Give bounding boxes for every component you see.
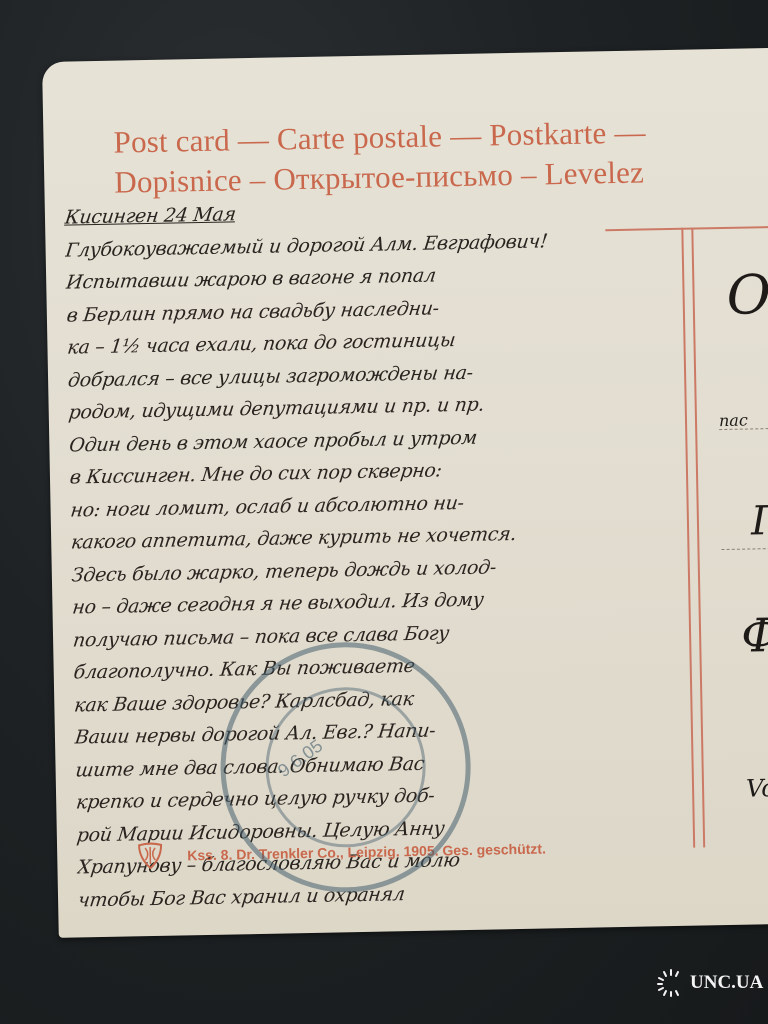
address-fragment: Ф: [741, 608, 768, 663]
address-line: [721, 548, 768, 551]
address-fragment: Vo: [746, 774, 768, 803]
watermark-text: UNC.UA: [690, 972, 763, 994]
watermark: UNC.UA: [656, 968, 763, 998]
address-fragment: пас: [719, 411, 748, 431]
address-line: [719, 428, 768, 431]
address-fragment: О: [726, 263, 768, 327]
sunburst-icon: [656, 968, 686, 998]
printed-header-line-1: Post card — Carte postale — Postkarte —: [113, 114, 646, 160]
postcard: Post card — Carte postale — Postkarte — …: [42, 48, 768, 938]
publisher-logo-icon: [137, 842, 164, 870]
address-fragment: Г: [751, 498, 768, 544]
